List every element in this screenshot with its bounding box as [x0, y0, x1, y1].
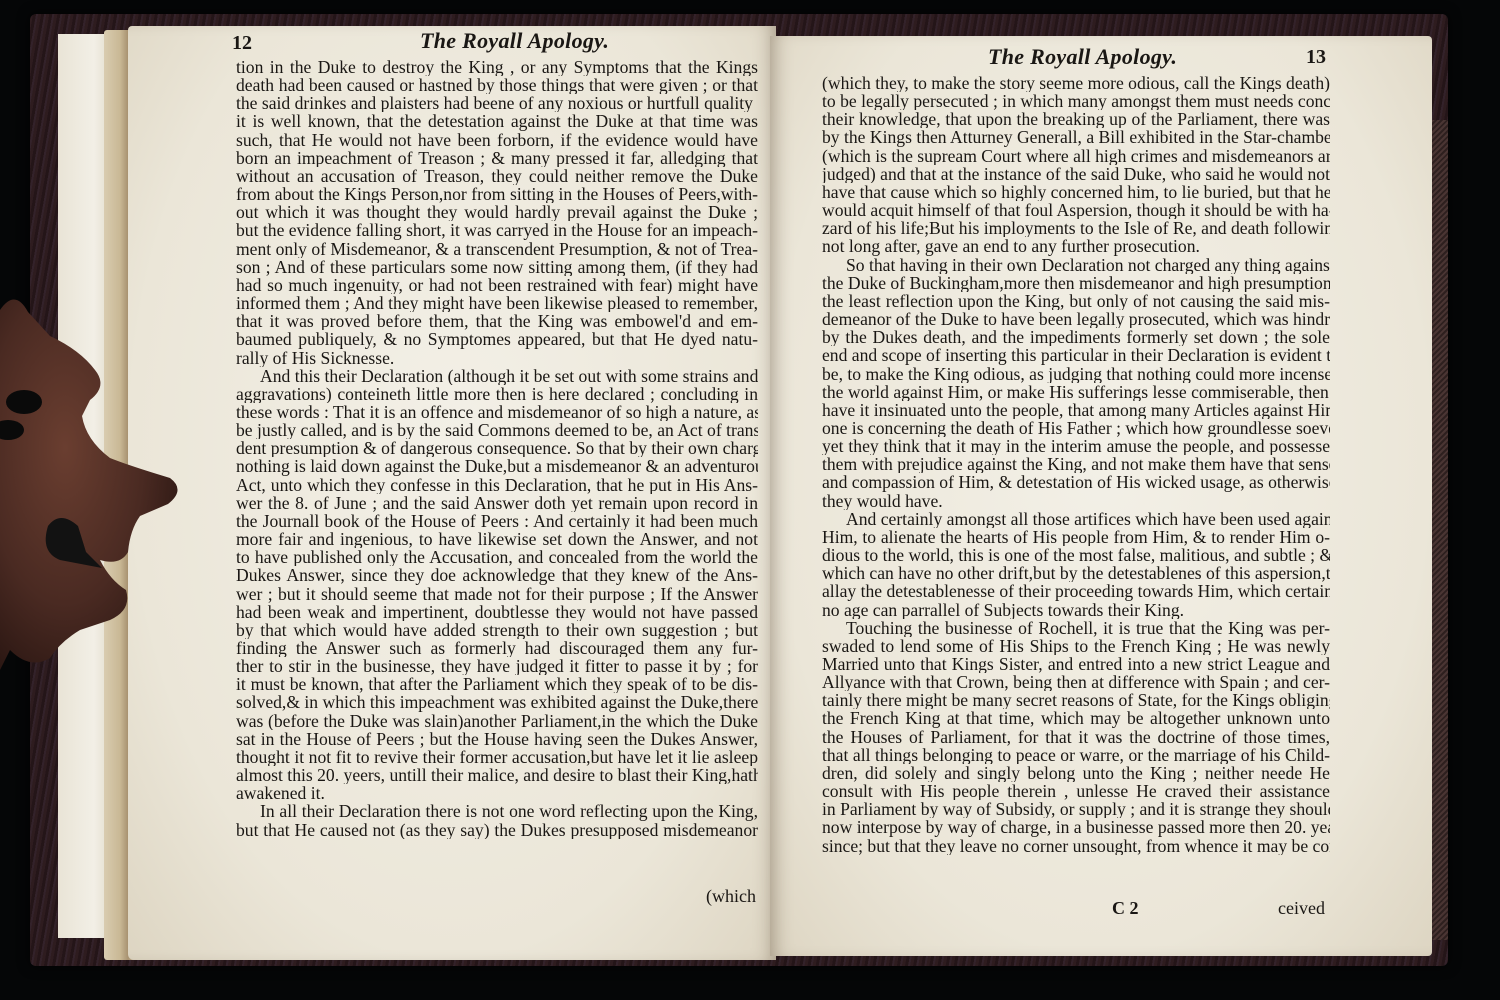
text-line: tion in the Duke to destroy the King , o… [236, 58, 758, 76]
text-line: baumed publiquely, & no Symptomes appear… [236, 330, 758, 348]
text-line: nothing is laid down against the Duke,bu… [236, 457, 758, 475]
text-line: which can have no other drift,but by the… [822, 564, 1330, 582]
page-number-right: 13 [1306, 46, 1326, 69]
text-line: the Journall book of the House of Peers … [236, 512, 758, 530]
text-line: solved,& in which this impeachment was e… [236, 693, 758, 711]
text-line: them with prejudice against the King, an… [822, 455, 1330, 473]
text-line: ment only of Misdemeanor, & a transcende… [236, 240, 758, 258]
text-line: their knowledge, that upon the breaking … [822, 110, 1330, 128]
text-line: the least reflection upon the King, but … [822, 292, 1330, 310]
text-line: (which they, to make the story seeme mor… [822, 74, 1330, 92]
text-line: had been weak and impertinent, doubtless… [236, 603, 758, 621]
text-line: was (before the Duke was slain)another P… [236, 712, 758, 730]
text-line: had so much ingenuity, or had not been r… [236, 276, 758, 294]
text-line: it must be known, that after the Parliam… [236, 675, 758, 693]
text-line: And certainly amongst all those artifice… [822, 510, 1330, 528]
text-line: demeanor of the Duke to have been legall… [822, 310, 1330, 328]
text-line: now interpose by way of charge, in a bus… [822, 818, 1330, 836]
right-page-text: (which they, to make the story seeme mor… [822, 74, 1330, 855]
text-line: wer ; but it should seeme that made not … [236, 585, 758, 603]
text-line: no age can parrallel of Subjects towards… [822, 601, 1330, 619]
text-line: rally of His Sicknesse. [236, 349, 758, 367]
text-line: In all their Declaration there is not on… [236, 802, 758, 820]
right-page: The Royall Apology. 13 (which they, to m… [770, 36, 1432, 956]
text-line: allay the detestablenesse of their proce… [822, 582, 1330, 600]
text-line: by that which would have added strength … [236, 621, 758, 639]
text-line: dent presumption & of dangerous conseque… [236, 439, 758, 457]
text-line: judged) and that at the instance of the … [822, 165, 1330, 183]
text-line: And this their Declaration (although it … [236, 367, 758, 385]
text-line: the Duke of Buckingham,more then misdeme… [822, 274, 1330, 292]
running-head-right: The Royall Apology. [988, 44, 1177, 70]
text-line: have it insinuated unto the people, that… [822, 401, 1330, 419]
text-line: the said drinkes and plaisters had beene… [236, 94, 758, 112]
text-line: sat in the House of Peers ; but the Hous… [236, 730, 758, 748]
text-line: without an accusation of Treason, they c… [236, 167, 758, 185]
text-line: the world against Him, or make His suffe… [822, 383, 1330, 401]
text-line: zard of his life;But his imployments to … [822, 219, 1330, 237]
text-line: death had been caused or hastned by thos… [236, 76, 758, 94]
text-line: aggravations) conteineth little more the… [236, 385, 758, 403]
text-line: the Houses of Parliament, for that it wa… [822, 728, 1330, 746]
text-line: Allyance with that Crown, being then at … [822, 673, 1330, 691]
left-page-text: tion in the Duke to destroy the King , o… [236, 58, 758, 839]
text-line: (which is the supream Court where all hi… [822, 147, 1330, 165]
text-line: out which it was thought they would hard… [236, 203, 758, 221]
text-line: informed them ; And they might have been… [236, 294, 758, 312]
text-line: tainly there might be many secret reason… [822, 691, 1330, 709]
text-line: be justly called, and is by the said Com… [236, 421, 758, 439]
text-line: Dukes Answer, since they doe acknowledge… [236, 566, 758, 584]
text-line: one is concerning the death of His Fathe… [822, 419, 1330, 437]
text-line: wer the 8. of June ; and the said Answer… [236, 494, 758, 512]
text-line: more fair and ingenious, to have likewis… [236, 530, 758, 548]
text-line: from about the Kings Person,nor from sit… [236, 185, 758, 203]
text-line: son ; And of these particulars some now … [236, 258, 758, 276]
metal-page-clip [0, 290, 190, 670]
text-line: Act, unto which they confesse in this De… [236, 476, 758, 494]
text-line: Him, to alienate the hearts of His peopl… [822, 528, 1330, 546]
text-line: these words : That it is an offence and … [236, 403, 758, 421]
text-line: awakened it. [236, 784, 758, 802]
text-line: by the Dukes death, and the impediments … [822, 328, 1330, 346]
text-line: but that He caused not (as they say) the… [236, 821, 758, 839]
text-line: almost this 20. yeers, untill their mali… [236, 766, 758, 784]
text-line: to have published only the Accusation, a… [236, 548, 758, 566]
text-line: but the evidence falling short, it was c… [236, 221, 758, 239]
text-line: dious to the world, this is one of the m… [822, 546, 1330, 564]
text-line: swaded to lend some of His Ships to the … [822, 637, 1330, 655]
text-line: born an impeachment of Treason ; & many … [236, 149, 758, 167]
text-line: that it was proved before them, that the… [236, 312, 758, 330]
text-line: and compassion of Him, & detestation of … [822, 473, 1330, 491]
text-line: So that having in their own Declaration … [822, 256, 1330, 274]
catchword-left: (which [706, 886, 756, 907]
text-line: to be legally persecuted ; in which many… [822, 92, 1330, 110]
text-line: yet they think that it may in the interi… [822, 437, 1330, 455]
text-line: dren, did solely and singly belong unto … [822, 764, 1330, 782]
text-line: consult with His people therein , unless… [822, 782, 1330, 800]
text-line: would acquit himself of that foul Aspers… [822, 201, 1330, 219]
text-line: since; but that they leave no corner uns… [822, 837, 1330, 855]
text-line: ther to stir in the businesse, they have… [236, 657, 758, 675]
text-line: be, to make the King odious, as judging … [822, 365, 1330, 383]
catchword-right: ceived [1278, 898, 1325, 919]
running-head-left: The Royall Apology. [420, 28, 609, 54]
page-number-left: 12 [232, 32, 252, 55]
text-line: the French King at that time, which may … [822, 709, 1330, 727]
text-line: Married unto that Kings Sister, and entr… [822, 655, 1330, 673]
left-page: 12 The Royall Apology. tion in the Duke … [128, 26, 776, 960]
text-line: such, that He would not have been forbor… [236, 131, 758, 149]
text-line: by the Kings then Atturney Generall, a B… [822, 128, 1330, 146]
text-line: end and scope of inserting this particul… [822, 346, 1330, 364]
text-line: that all things belonging to peace or wa… [822, 746, 1330, 764]
signature-mark: C 2 [1112, 898, 1139, 919]
text-line: have that cause which so highly concerne… [822, 183, 1330, 201]
cover-edge-stripe [1432, 120, 1448, 940]
text-line: it is well known, that the detestation a… [236, 112, 758, 130]
text-line: thought it not fit to revive their forme… [236, 748, 758, 766]
text-line: Touching the businesse of Rochell, it is… [822, 619, 1330, 637]
text-line: in Parliament by way of Subsidy, or supp… [822, 800, 1330, 818]
text-line: they would have. [822, 492, 1330, 510]
text-line: finding the Answer such as formerly had … [236, 639, 758, 657]
text-line: not long after, gave an end to any furth… [822, 237, 1330, 255]
